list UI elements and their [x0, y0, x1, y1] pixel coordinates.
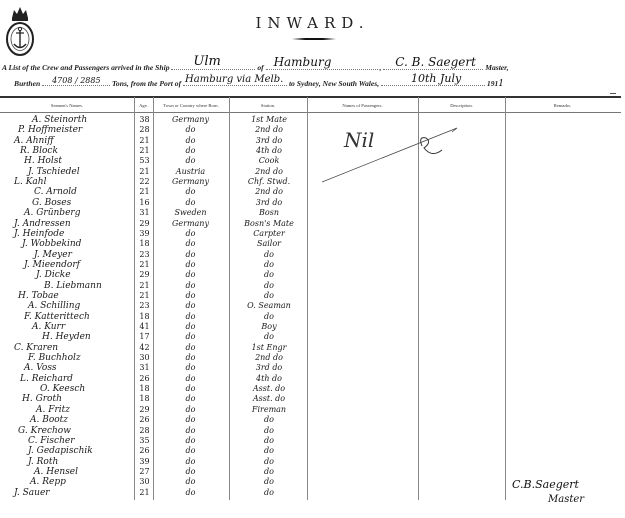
- crew-age: 18: [136, 384, 153, 395]
- crew-station: do: [230, 426, 308, 437]
- crew-station: do: [230, 312, 308, 323]
- table-top-rule: [0, 96, 621, 98]
- crew-station: 2nd do: [230, 353, 308, 364]
- col-header-station: Station.: [229, 99, 307, 111]
- crew-station: 1st Mate: [230, 115, 308, 126]
- crew-name: J. Tschiedel: [14, 167, 134, 178]
- crew-station: do: [230, 260, 308, 271]
- crew-name: G. Krechow: [14, 426, 134, 437]
- crew-name: A. Repp: [14, 477, 134, 488]
- crew-station: do: [230, 457, 308, 468]
- crew-name: A. Bootz: [14, 415, 134, 426]
- crew-age: 41: [136, 322, 153, 333]
- col-header-age: Age.: [134, 99, 153, 111]
- crew-name: A. Fritz: [14, 405, 134, 416]
- crew-birthplace: do: [153, 239, 228, 250]
- crew-birthplace: Austria: [153, 167, 228, 178]
- crew-station: do: [230, 467, 308, 478]
- crew-name: B. Liebmann: [14, 281, 134, 292]
- crew-age: 21: [136, 291, 153, 302]
- year-suffix: 1: [498, 79, 504, 89]
- crew-station: O. Seaman: [230, 301, 308, 312]
- col-header-remarks: Remarks.: [505, 99, 620, 111]
- crew-birthplace: do: [153, 446, 228, 457]
- crew-station: do: [230, 477, 308, 488]
- crew-age: 26: [136, 446, 153, 457]
- crew-birthplace: do: [153, 322, 228, 333]
- crew-station: 2nd do: [230, 187, 308, 198]
- crew-age: 39: [136, 457, 153, 468]
- crew-station: Chf. Stwd.: [230, 177, 308, 188]
- crew-birthplace: do: [153, 394, 228, 405]
- crew-birthplace: do: [153, 426, 228, 437]
- crew-birthplace: do: [153, 477, 228, 488]
- crew-name: F. Buchholz: [14, 353, 134, 364]
- crew-age: 31: [136, 363, 153, 374]
- crew-name: J. Andressen: [14, 219, 134, 230]
- date-field: 10th July: [381, 76, 485, 86]
- crew-station: do: [230, 436, 308, 447]
- col-divider: [134, 97, 135, 500]
- crew-birthplace: do: [153, 229, 228, 240]
- col-header-passengers: Names of Passengers.: [307, 99, 418, 111]
- col-header-born: Town or Country where Born.: [153, 99, 229, 111]
- crew-name: H. Heyden: [14, 332, 134, 343]
- crew-station: 3rd do: [230, 136, 308, 147]
- crew-name: L. Kahl: [14, 177, 134, 188]
- master-name: C. B. Saegert: [395, 55, 476, 69]
- crew-name: J. Sauer: [14, 488, 134, 499]
- crew-age: 21: [136, 281, 153, 292]
- crew-birthplace: do: [153, 353, 228, 364]
- crew-birthplace: do: [153, 301, 228, 312]
- ship-name: Ulm: [193, 54, 220, 69]
- crew-age: 21: [136, 146, 153, 157]
- home-port: Hamburg: [274, 55, 332, 69]
- crew-station: Asst. do: [230, 394, 308, 405]
- col-header-description: Description.: [418, 99, 505, 111]
- crew-station: do: [230, 488, 308, 499]
- year-prefix: 191: [487, 79, 498, 88]
- crew-birthplace: do: [153, 146, 228, 157]
- crew-station: Cook: [230, 156, 308, 167]
- crew-age: 23: [136, 250, 153, 261]
- crew-name: J. Dicke: [14, 270, 134, 281]
- crew-name: R. Block: [14, 146, 134, 157]
- crew-birthplace: do: [153, 384, 228, 395]
- crew-birthplace: do: [153, 363, 228, 374]
- crew-name: F. Katterittech: [14, 312, 134, 323]
- crew-station: Fireman: [230, 405, 308, 416]
- crew-station: 4th do: [230, 374, 308, 385]
- crew-name: J. Roth: [14, 457, 134, 468]
- crew-name: C. Kraren: [14, 343, 134, 354]
- crew-age: 21: [136, 187, 153, 198]
- crew-station: do: [230, 291, 308, 302]
- crew-age: 42: [136, 343, 153, 354]
- crew-age: 26: [136, 374, 153, 385]
- of-label: of: [257, 63, 263, 72]
- crew-age: 30: [136, 353, 153, 364]
- crew-name: C. Fischer: [14, 436, 134, 447]
- crew-birthplace: do: [153, 312, 228, 323]
- tons-label: Tons, from the Port of: [112, 79, 181, 88]
- master-label: Master,: [485, 63, 508, 72]
- crew-birthplace: Sweden: [153, 208, 228, 219]
- burthen-label: Burthen: [14, 79, 40, 88]
- crew-name: G. Boses: [14, 198, 134, 209]
- title-underline: [292, 38, 336, 40]
- crew-name: H. Tobae: [14, 291, 134, 302]
- crew-name: A. Steinorth: [14, 115, 134, 126]
- crew-birthplace: Germany: [153, 115, 228, 126]
- crew-station: 3rd do: [230, 363, 308, 374]
- crew-station: 4th do: [230, 146, 308, 157]
- home-port-field: Hamburg: [266, 60, 378, 70]
- crew-station: Sailor: [230, 239, 308, 250]
- burthen-field: 4708 / 2885: [42, 76, 110, 86]
- passengers-nil: Nil: [344, 128, 374, 152]
- crew-name: J. Heinfode: [14, 229, 134, 240]
- document-title: INWARD.: [0, 14, 625, 32]
- crew-birthplace: do: [153, 198, 228, 209]
- crew-name: J. Mieendorf: [14, 260, 134, 271]
- crew-name: P. Hoffmeister: [14, 125, 134, 136]
- crew-age: 28: [136, 125, 153, 136]
- crew-age: 27: [136, 467, 153, 478]
- crew-station: Bosn's Mate: [230, 219, 308, 230]
- crew-age: 16: [136, 198, 153, 209]
- crew-age: 53: [136, 156, 153, 167]
- crew-birthplace: do: [153, 260, 228, 271]
- crew-station: 3rd do: [230, 198, 308, 209]
- crew-age: 17: [136, 332, 153, 343]
- crew-birthplace: do: [153, 125, 228, 136]
- from-port-field: Hamburg via Melb.: [183, 76, 287, 86]
- crew-station: do: [230, 270, 308, 281]
- crew-age: 21: [136, 167, 153, 178]
- crew-birthplace: do: [153, 436, 228, 447]
- crew-station: 1st Engr: [230, 343, 308, 354]
- ship-name-field: Ulm: [171, 60, 255, 70]
- to-label: to Sydney, New South Wales,: [289, 79, 379, 88]
- crew-age: 22: [136, 177, 153, 188]
- crew-birthplace: Germany: [153, 219, 228, 230]
- crew-birthplace: do: [153, 457, 228, 468]
- crew-age: 29: [136, 270, 153, 281]
- crew-age: 29: [136, 219, 153, 230]
- crew-name: A. Kurr: [14, 322, 134, 333]
- ship-line: A List of the Crew and Passengers arrive…: [2, 60, 619, 72]
- crew-name: J. Gedapischik: [14, 446, 134, 457]
- crew-birthplace: do: [153, 136, 228, 147]
- crew-age: 38: [136, 115, 153, 126]
- crew-age: 28: [136, 426, 153, 437]
- crew-station: Carpter: [230, 229, 308, 240]
- crew-name: J. Wobbekind: [14, 239, 134, 250]
- col-divider: [505, 97, 506, 500]
- ship-line-prefix: A List of the Crew and Passengers arrive…: [2, 63, 170, 72]
- crew-birthplace: do: [153, 332, 228, 343]
- crew-birthplace: do: [153, 270, 228, 281]
- from-port: Hamburg via Melb.: [185, 74, 283, 85]
- crew-name: C. Arnold: [14, 187, 134, 198]
- master-signature: C.B.Saegert: [512, 478, 579, 491]
- col-header-seamen-names: Seamen's Names.: [0, 99, 134, 111]
- crew-age: 35: [136, 436, 153, 447]
- crew-birthplace: do: [153, 291, 228, 302]
- crew-age: 26: [136, 415, 153, 426]
- crew-age: 31: [136, 208, 153, 219]
- crew-birthplace: do: [153, 187, 228, 198]
- crew-station: Boy: [230, 322, 308, 333]
- burthen-value: 4708 / 2885: [52, 76, 101, 85]
- master-name-field: C. B. Saegert: [383, 60, 483, 70]
- crew-station: do: [230, 446, 308, 457]
- crew-name: J. Meyer: [14, 250, 134, 261]
- crew-name: H. Groth: [14, 394, 134, 405]
- crew-age: 29: [136, 405, 153, 416]
- crew-age: 39: [136, 229, 153, 240]
- crew-birthplace: do: [153, 250, 228, 261]
- crew-station: 2nd do: [230, 167, 308, 178]
- crew-station: Asst. do: [230, 384, 308, 395]
- crew-age: 30: [136, 477, 153, 488]
- burthen-line: Burthen 4708 / 2885 Tons, from the Port …: [2, 76, 619, 89]
- crew-birthplace: do: [153, 374, 228, 385]
- crew-name: A. Voss: [14, 363, 134, 374]
- crew-age: 21: [136, 260, 153, 271]
- crew-station: 2nd do: [230, 125, 308, 136]
- crew-name: H. Holst: [14, 156, 134, 167]
- crew-name: A. Grünberg: [14, 208, 134, 219]
- crew-name: A. Schilling: [14, 301, 134, 312]
- crew-birthplace: do: [153, 467, 228, 478]
- crew-name: A. Ahniff: [14, 136, 134, 147]
- crew-station: do: [230, 250, 308, 261]
- crew-age: 23: [136, 301, 153, 312]
- print-mark: ▬▬: [610, 91, 616, 95]
- crew-birthplace: do: [153, 156, 228, 167]
- crew-age: 18: [136, 394, 153, 405]
- crew-age: 18: [136, 312, 153, 323]
- crew-name: A. Hensel: [14, 467, 134, 478]
- master-signature-title: Master: [548, 494, 584, 505]
- table-header-rule: [0, 112, 621, 113]
- crew-birthplace: do: [153, 415, 228, 426]
- crew-station: Bosn: [230, 208, 308, 219]
- crew-birthplace: do: [153, 405, 228, 416]
- crew-birthplace: do: [153, 488, 228, 499]
- crew-station: do: [230, 415, 308, 426]
- crew-station: do: [230, 281, 308, 292]
- crew-age: 21: [136, 136, 153, 147]
- crew-age: 21: [136, 488, 153, 499]
- crew-name: L. Reichard: [14, 374, 134, 385]
- crew-age: 18: [136, 239, 153, 250]
- crew-birthplace: do: [153, 343, 228, 354]
- arrival-date: 10th July: [411, 72, 461, 85]
- crew-birthplace: do: [153, 281, 228, 292]
- crew-name: O. Keesch: [14, 384, 134, 395]
- crew-station: do: [230, 332, 308, 343]
- crew-birthplace: Germany: [153, 177, 228, 188]
